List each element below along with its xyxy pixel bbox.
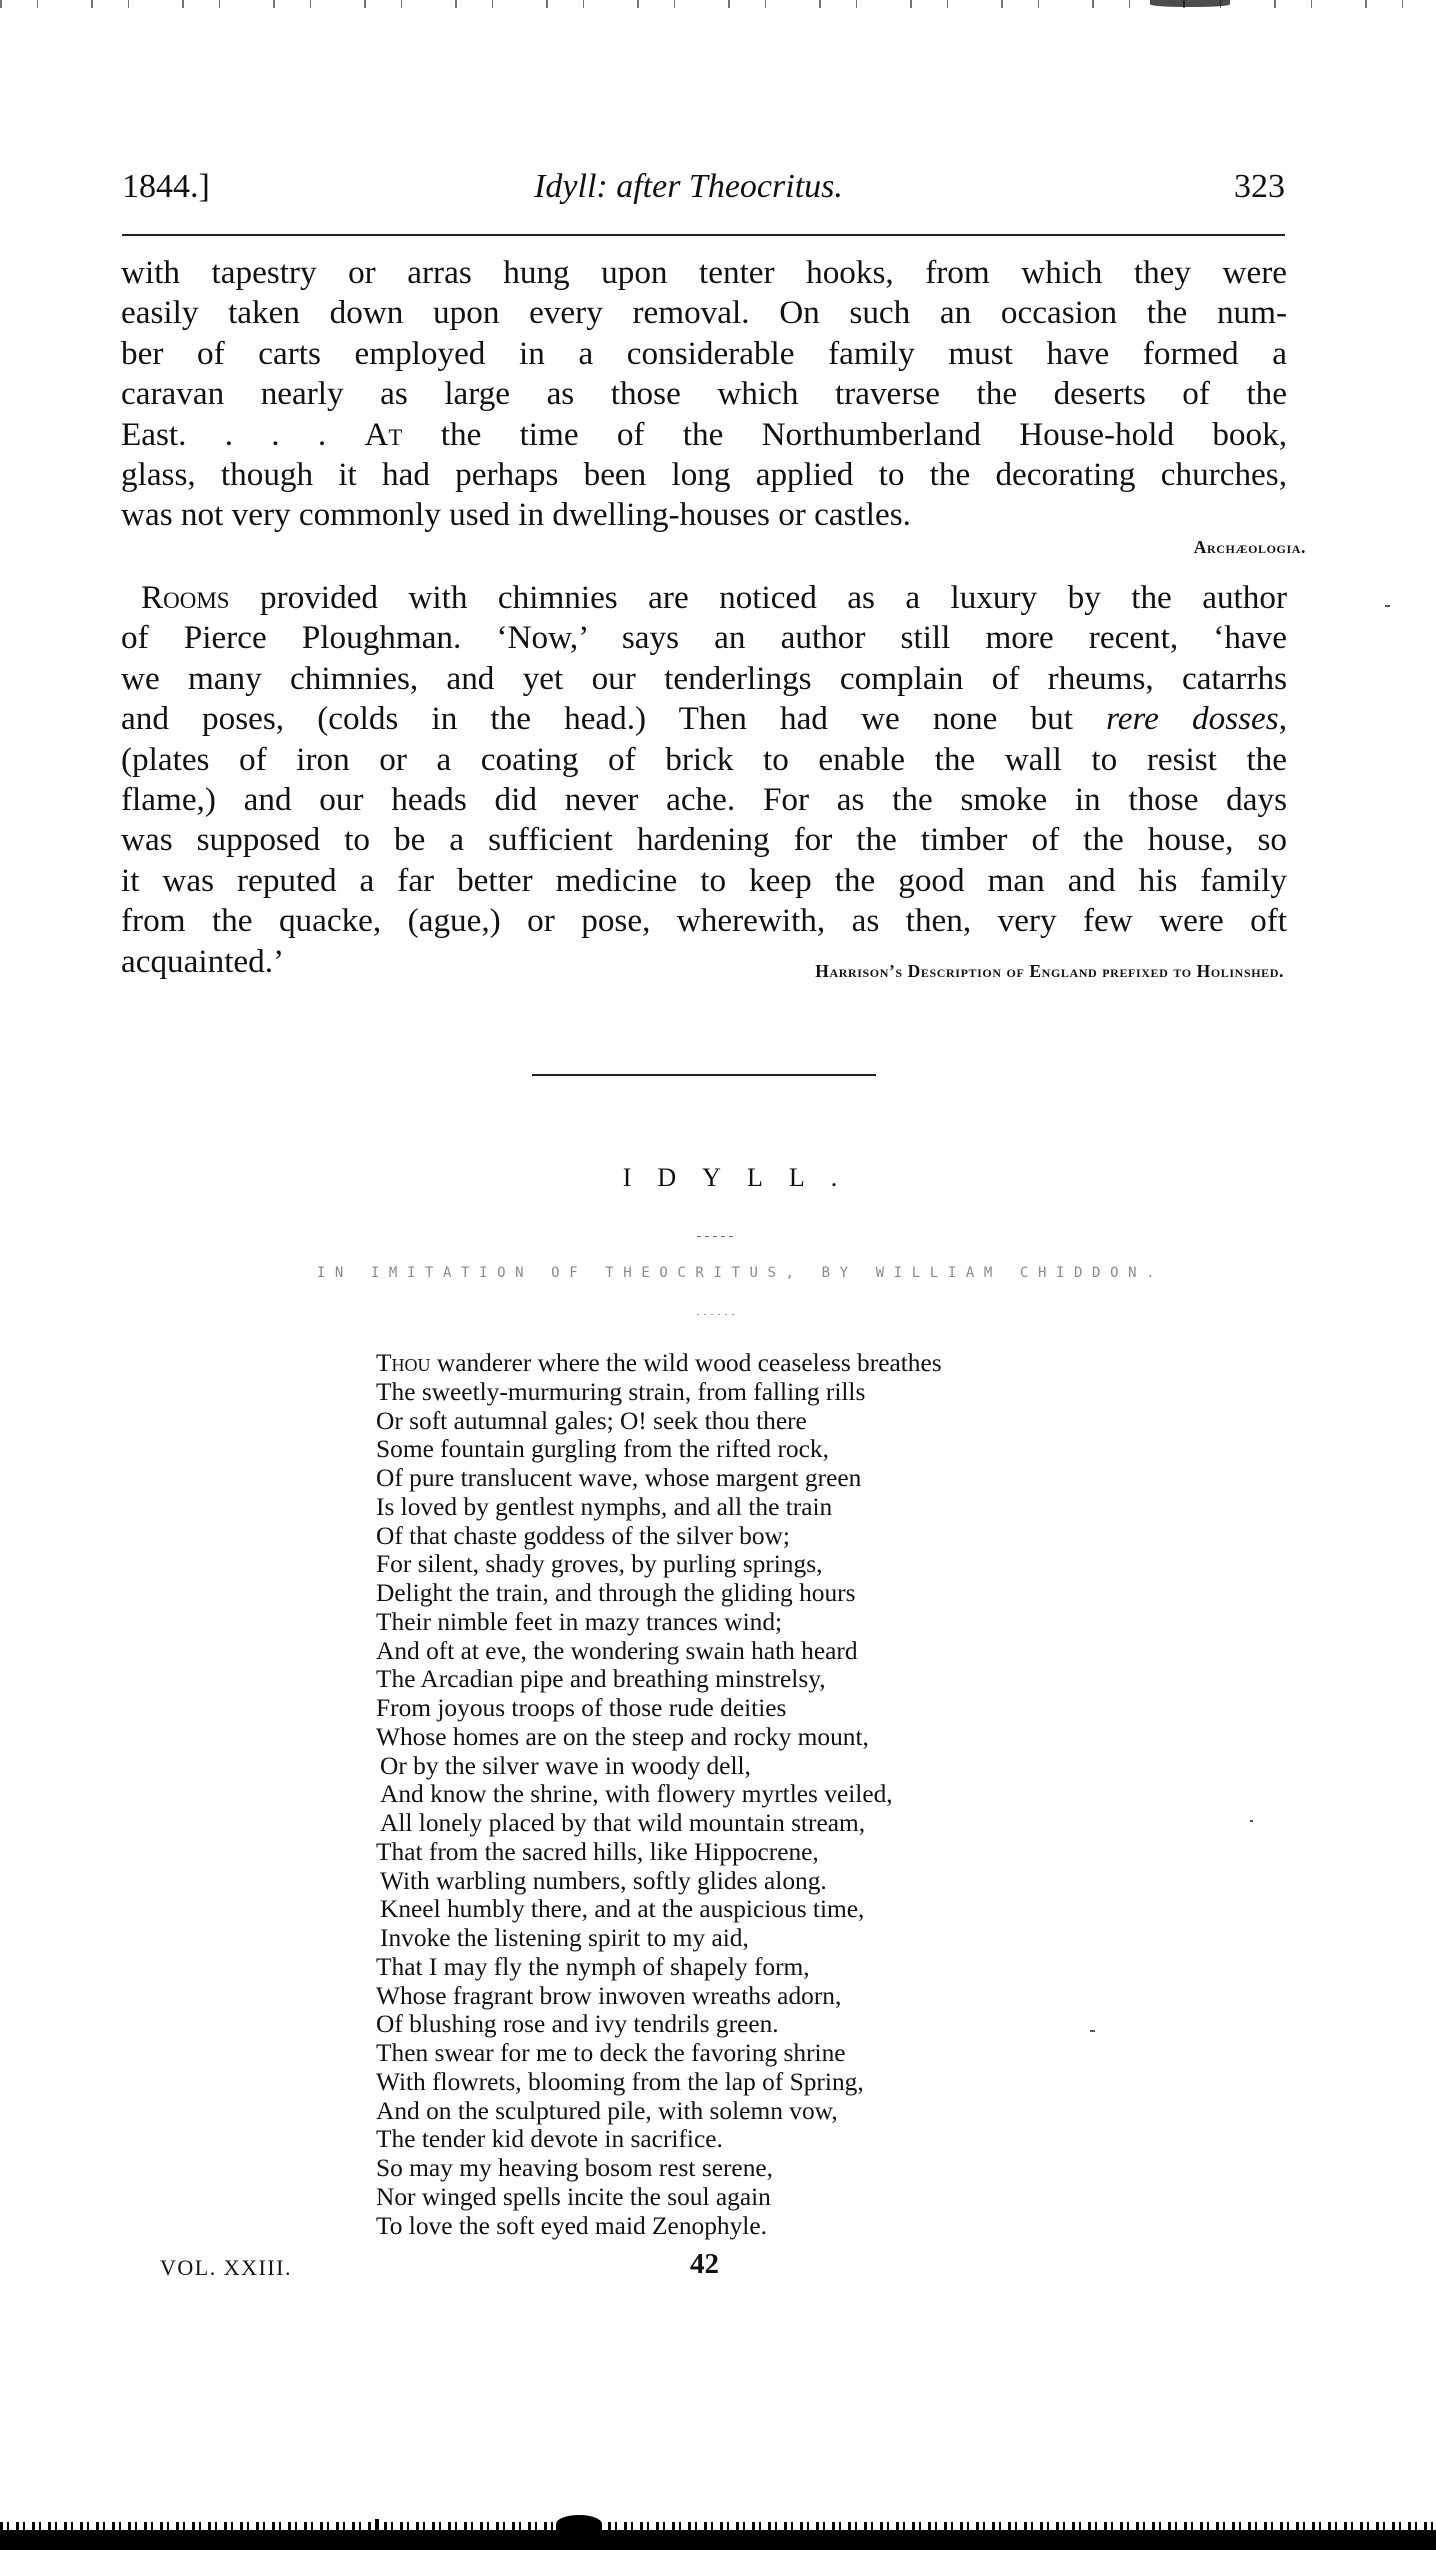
ornament-dash [697,1314,737,1315]
poem-first-word: Thou [376,1349,431,1377]
scan-edge-bottom [0,2530,1436,2550]
poem-line: Delight the train, and through the glidi… [376,1579,942,1608]
text-line: easily taken down upon every removal. On… [121,293,1287,333]
scan-edge-bottom-spike [375,2519,379,2533]
poem-line: Of pure translucent wave, whose margent … [376,1464,942,1493]
poem-line: From joyous troops of those rude deities [376,1694,942,1723]
text-line: it was reputed a far better medicine to … [121,861,1287,901]
section-rule [532,1074,876,1076]
poem-subtitle: IN IMITATION OF THEOCRITUS, BY WILLIAM C… [0,1265,1436,1281]
signature-mark: 42 [690,2248,719,2281]
poem-line: Or soft autumnal gales; O! seek thou the… [376,1407,942,1436]
poem-line: Some fountain gurgling from the rifted r… [376,1435,942,1464]
text-line-compound: East. . . . At the time of the Northumbe… [121,415,1287,455]
ornament-dash [697,1236,737,1237]
text-line: was not very commonly used in dwelling-h… [121,495,1287,535]
poem-line: Kneel humbly there, and at the auspiciou… [376,1895,942,1924]
poem-line: Thou wanderer where the wild wood ceasel… [376,1349,942,1378]
poem-subtitle-text: IN IMITATION OF THEOCRITUS, BY WILLIAM C… [317,1265,1164,1281]
poem-line: The Arcadian pipe and breathing minstrel… [376,1665,942,1694]
text-line: glass, though it had perhaps been long a… [121,455,1287,495]
text-fragment: East. . . . [121,416,364,453]
poem-line: So may my heaving bosom rest serene, [376,2154,942,2183]
text-line: with tapestry or arras hung upon tenter … [121,253,1287,293]
text-line: from the quacke, (ague,) or pose, wherew… [121,901,1287,941]
poem-line: With warbling numbers, softly glides alo… [376,1867,942,1896]
poem-line: And oft at eve, the wondering swain hath… [376,1637,942,1666]
poem-line: That I may fly the nymph of shapely form… [376,1953,942,1982]
poem-line: Or by the silver wave in woody dell, [376,1752,942,1781]
scan-edge-bottom-bump [556,2515,602,2533]
running-head-title-wrap: Idyll: after Theocritus. [122,168,1285,206]
text-line: of Pierce Ploughman. ‘Now,’ says an auth… [121,618,1287,658]
text-fragment: provided with chimnies are noticed as a … [230,579,1287,616]
poem-line: Their nimble feet in mazy trances wind; [376,1608,942,1637]
poem-line: That from the sacred hills, like Hippocr… [376,1838,942,1867]
attribution-archaeologia: Archæologia. [1194,537,1306,558]
poem-title: IDYLL. [0,1163,1436,1193]
poem-line: Whose fragrant brow inwoven wreaths ador… [376,1982,942,2011]
header-rule [122,234,1285,236]
running-head-title: Idyll: after Theocritus. [534,168,843,206]
poem-line: With flowrets, blooming from the lap of … [376,2068,942,2097]
poem-line: Invoke the listening spirit to my aid, [376,1924,942,1953]
poem-line: And on the sculptured pile, with solemn … [376,2097,942,2126]
text-line: we many chimnies, and yet our tenderling… [121,659,1287,699]
poem-line: The sweetly-murmuring strain, from falli… [376,1378,942,1407]
attribution-harrison: Harrison’s Description of England prefix… [815,961,1284,982]
text-line: (plates of iron or a coating of brick to… [121,740,1287,780]
volume-footer: VOL. XXIII. [160,2255,292,2281]
text-line: ber of carts employed in a considerable … [121,334,1287,374]
poem-line: Is loved by gentlest nymphs, and all the… [376,1493,942,1522]
paragraph-harrison: Rooms provided with chimnies are noticed… [121,578,1287,982]
text-line: flame,) and our heads did never ache. Fo… [121,780,1287,820]
poem-line: To love the soft eyed maid Zenophyle. [376,2212,942,2241]
text-line-compound: and poses, (colds in the head.) Then had… [121,699,1287,739]
italic-phrase: rere dosses [1106,700,1279,737]
poem-line: Then swear for me to deck the favoring s… [376,2039,942,2068]
small-caps-word: At [364,416,402,453]
text-line: was supposed to be a sufficient hardenin… [121,820,1287,860]
scan-speck [1385,605,1390,607]
lead-word: Rooms [141,579,230,616]
text-line: caravan nearly as large as those which t… [121,374,1287,414]
poem-line: Of that chaste goddess of the silver bow… [376,1522,942,1551]
poem-line: Whose homes are on the steep and rocky m… [376,1723,942,1752]
poem-title-text: IDYLL. [623,1163,863,1193]
page-number: 323 [1234,168,1285,206]
text-fragment: wanderer where the wild wood ceaseless b… [431,1349,942,1377]
poem-body: Thou wanderer where the wild wood ceasel… [376,1349,942,2240]
text-fragment: , [1279,700,1287,737]
paragraph-archaeologia: with tapestry or arras hung upon tenter … [121,253,1287,536]
poem-line: Nor winged spells incite the soul again [376,2183,942,2212]
poem-line: And know the shrine, with flowery myrtle… [376,1780,942,1809]
poem-line: Of blushing rose and ivy tendrils green. [376,2010,942,2039]
scan-edge-top-blot [1150,0,1230,7]
scan-speck [1250,1820,1253,1822]
text-line-compound: Rooms provided with chimnies are noticed… [121,578,1287,618]
scan-speck [1090,2030,1095,2032]
poem-line: All lonely placed by that wild mountain … [376,1809,942,1838]
poem-line: For silent, shady groves, by purling spr… [376,1550,942,1579]
text-fragment: the time of the Northumberland House-hol… [441,416,1287,453]
running-head: 1844.] Idyll: after Theocritus. 323 [122,168,1285,212]
poem-line: The tender kid devote in sacrifice. [376,2125,942,2154]
text-fragment: and poses, (colds in the head.) Then had… [121,700,1106,737]
